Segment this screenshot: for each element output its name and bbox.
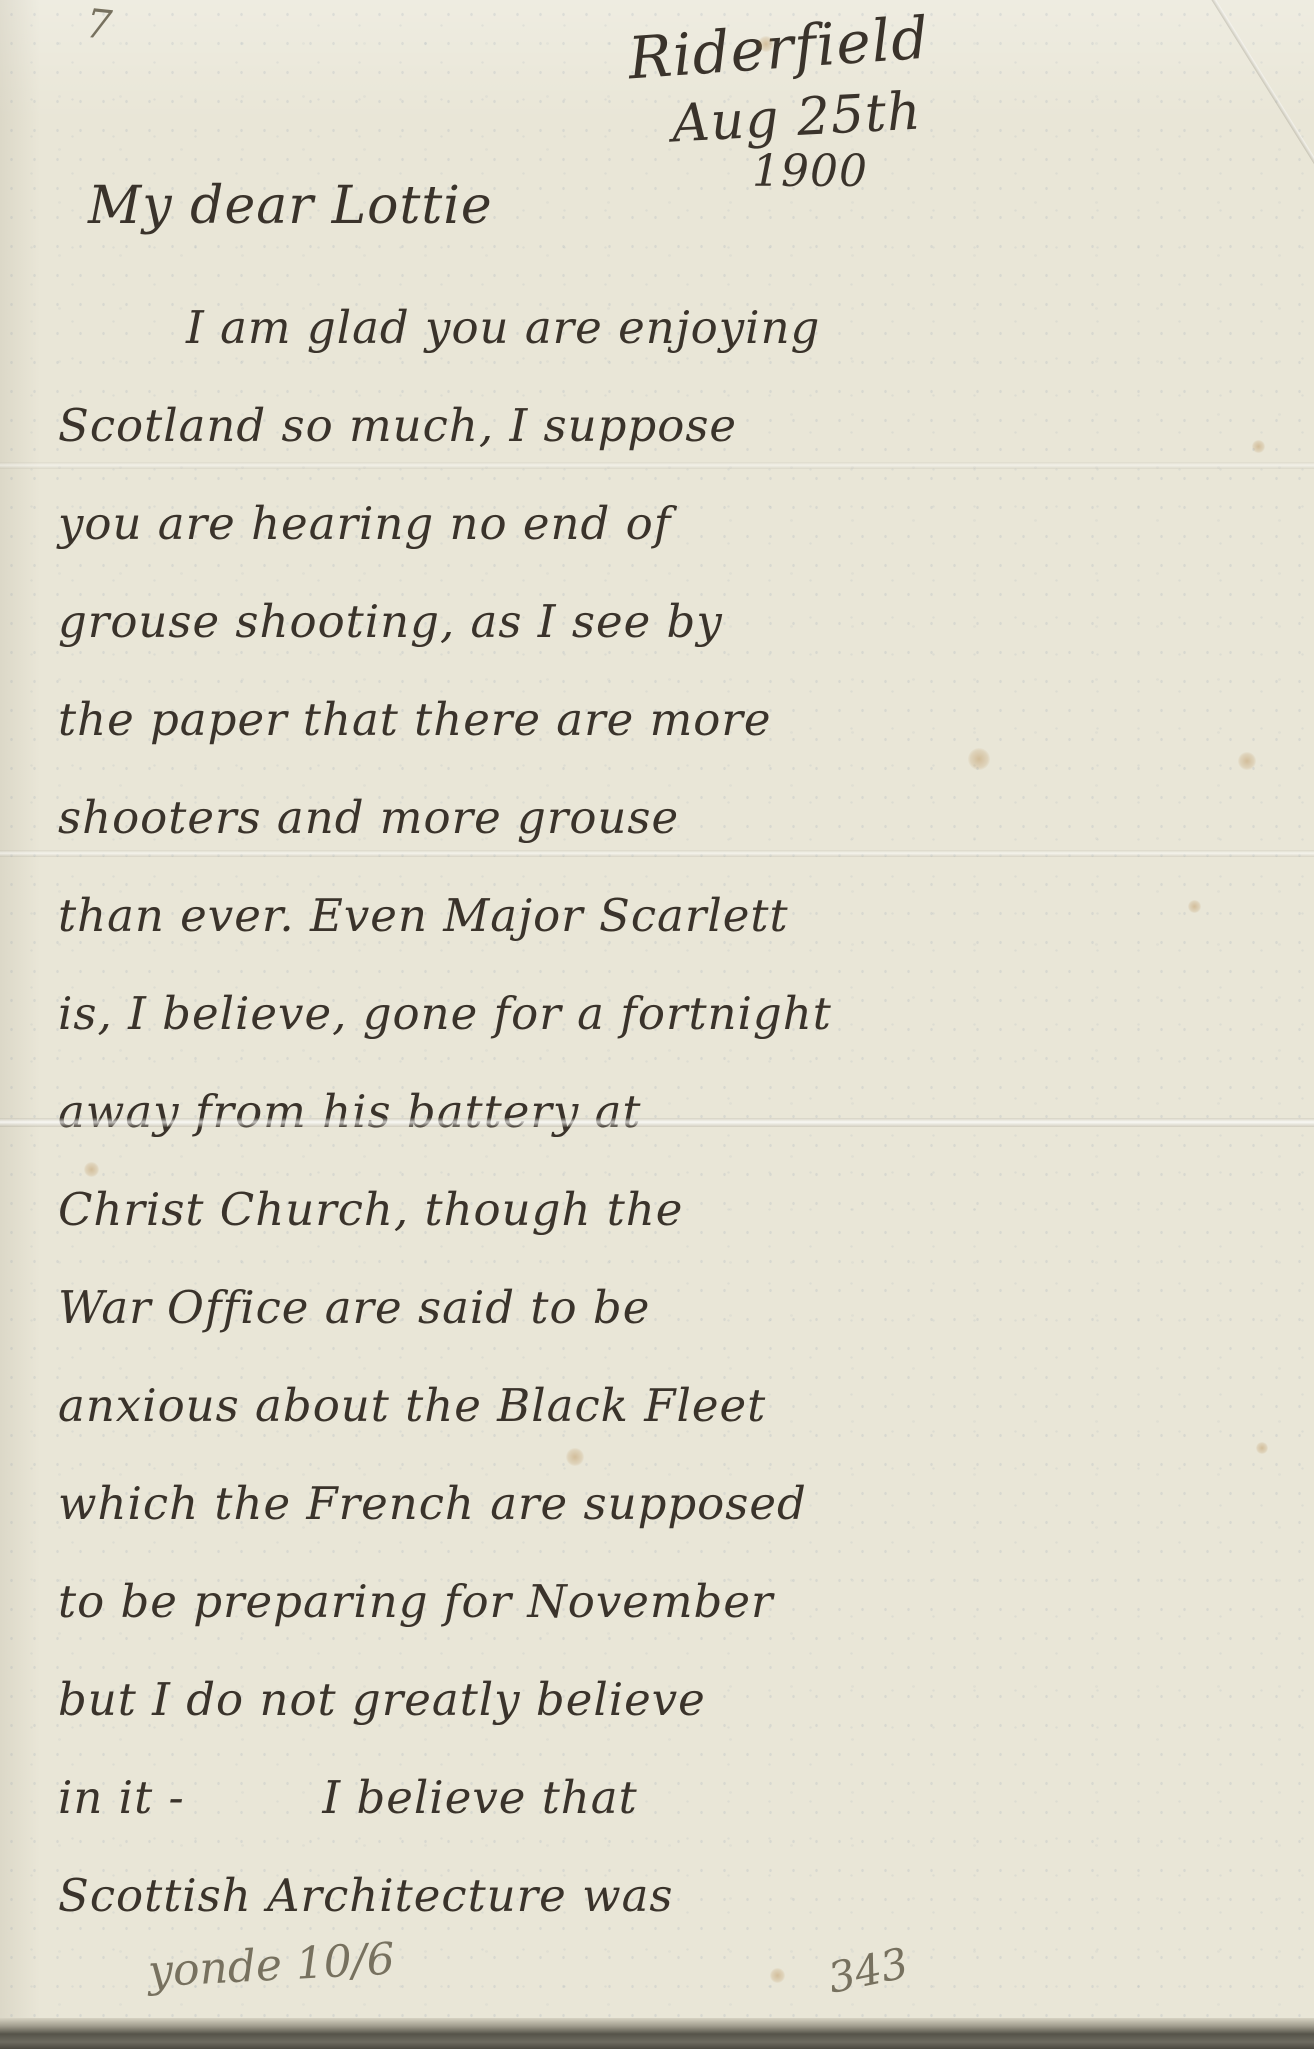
letterhead-place: Riderfield bbox=[626, 4, 931, 93]
letter-line: anxious about the Black Fleet bbox=[58, 1366, 1288, 1464]
letter-line: grouse shooting, as I see by bbox=[58, 582, 1288, 680]
letter-line: which the French are supposed bbox=[58, 1464, 1288, 1562]
letter-page: 7 Riderfield Aug 25th 1900 My dear Lotti… bbox=[0, 0, 1314, 2049]
letter-line: is, I believe, gone for a fortnight bbox=[58, 974, 1288, 1072]
letter-line: to be preparing for November bbox=[58, 1562, 1288, 1660]
letter-line: War Office are said to be bbox=[58, 1268, 1288, 1366]
letter-line: away from his battery at bbox=[58, 1072, 1288, 1170]
letter-line: Scotland so much, I suppose bbox=[58, 386, 1288, 484]
pencil-page-number: 7 bbox=[84, 1, 114, 49]
letter-line: Christ Church, though the bbox=[58, 1170, 1288, 1268]
salutation: My dear Lottie bbox=[88, 176, 493, 236]
letter-line: Scottish Architecture was bbox=[58, 1856, 1288, 1954]
letter-line: you are hearing no end of bbox=[58, 484, 1288, 582]
letterhead-year: 1900 bbox=[752, 146, 868, 197]
letter-body: I am glad you are enjoying Scotland so m… bbox=[58, 288, 1288, 1954]
foxing-spot bbox=[770, 1968, 785, 1983]
letter-line: I am glad you are enjoying bbox=[58, 288, 1288, 386]
scan-bottom-edge bbox=[0, 2018, 1314, 2049]
letterhead-date: Aug 25th bbox=[671, 82, 923, 155]
letter-line: than ever. Even Major Scarlett bbox=[58, 876, 1288, 974]
letter-line: shooters and more grouse bbox=[58, 778, 1288, 876]
corner-crease bbox=[1209, 0, 1314, 250]
letter-line: but I do not greatly believe bbox=[58, 1660, 1288, 1758]
letter-line: in it - I believe that bbox=[58, 1758, 1288, 1856]
letter-line: the paper that there are more bbox=[58, 680, 1288, 778]
